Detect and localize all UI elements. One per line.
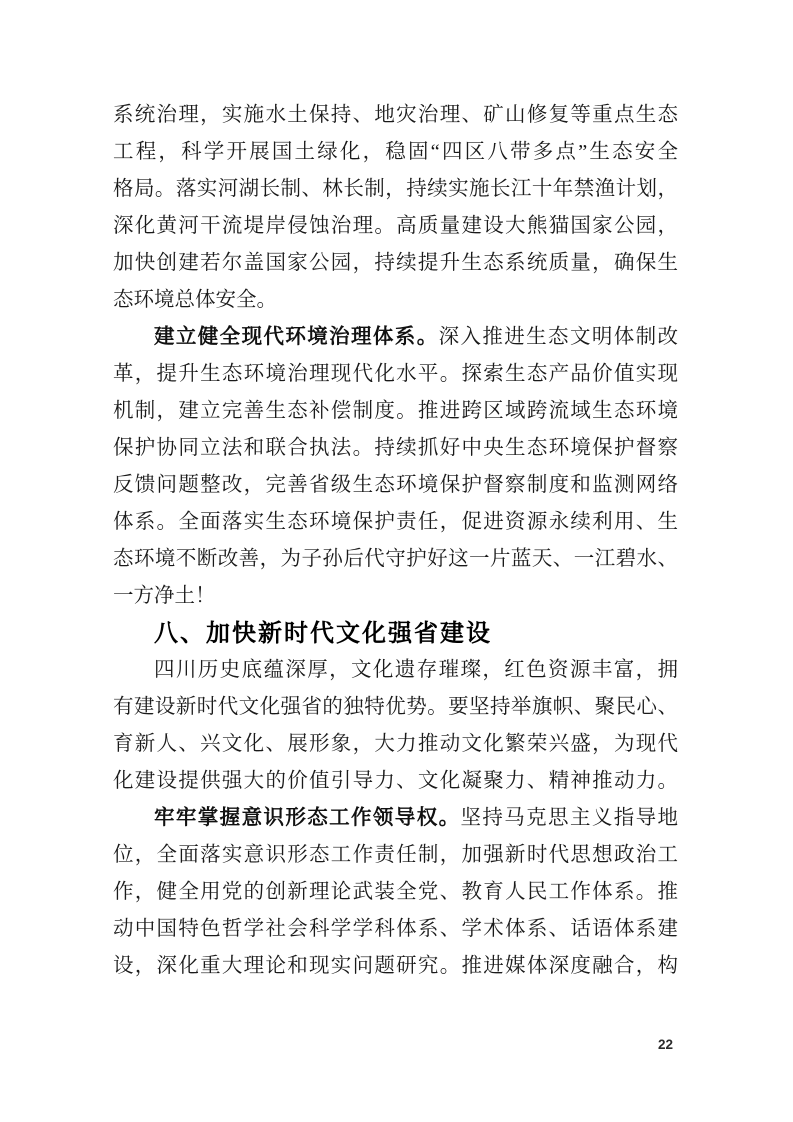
text-line: 深化黄河干流堤岸侵蚀治理。高质量建设大熊猫国家公园，	[113, 208, 678, 245]
body-text: 位，全面落实意识形态工作责任制，加强新时代思想政治工	[113, 844, 678, 866]
text-line: 一方净土！	[113, 578, 678, 615]
text-line: 牢牢掌握意识形态工作领导权。坚持马克思主义指导地	[113, 800, 678, 837]
text-line: 反馈问题整改，完善省级生态环境保护督察制度和监测网络	[113, 467, 678, 504]
body-text: 深化黄河干流堤岸侵蚀治理。高质量建设大熊猫国家公园，	[113, 215, 678, 237]
text-line: 工程，科学开展国土绿化，稳固“四区八带多点”生态安全	[113, 134, 678, 171]
body-text: 机制，建立完善生态补偿制度。推进跨区域跨流域生态环境	[113, 400, 678, 422]
text-line: 态环境总体安全。	[113, 282, 678, 319]
body-text: 化建设提供强大的价值引导力、文化凝聚力、精神推动力。	[113, 770, 678, 792]
bold-lead-text: 建立健全现代环境治理体系。	[154, 326, 439, 348]
page-number: 22	[658, 1036, 673, 1054]
body-text: 体系。全面落实生态环境保护责任，促进资源永续利用、生	[113, 511, 678, 533]
text-line: 有建设新时代文化强省的独特优势。要坚持举旗帜、聚民心、	[113, 689, 678, 726]
body-text: 坚持马克思主义指导地	[460, 807, 678, 829]
body-text: 设，深化重大理论和现实问题研究。推进媒体深度融合，构	[113, 955, 678, 977]
text-line: 态环境不断改善，为子孙后代守护好这一片蓝天、一江碧水、	[113, 541, 678, 578]
body-text: 作，健全用党的创新理论武装全党、教育人民工作体系。推	[113, 881, 678, 903]
body-text: 工程，科学开展国土绿化，稳固“四区八带多点”生态安全	[113, 141, 678, 163]
text-line: 系统治理，实施水土保持、地灾治理、矿山修复等重点生态	[113, 97, 678, 134]
text-line: 育新人、兴文化、展形象，大力推动文化繁荣兴盛，为现代	[113, 726, 678, 763]
text-line: 位，全面落实意识形态工作责任制，加强新时代思想政治工	[113, 837, 678, 874]
body-text: 深入推进生态文明体制改	[439, 326, 678, 348]
text-line: 加快创建若尔盖国家公园，持续提升生态系统质量，确保生	[113, 245, 678, 282]
text-area: 系统治理，实施水土保持、地灾治理、矿山修复等重点生态工程，科学开展国土绿化，稳固…	[113, 97, 678, 985]
heading-text: 八、加快新时代文化强省建设	[154, 620, 492, 647]
text-line: 化建设提供强大的价值引导力、文化凝聚力、精神推动力。	[113, 763, 678, 800]
text-line: 革，提升生态环境治理现代化水平。探索生态产品价值实现	[113, 356, 678, 393]
text-line: 设，深化重大理论和现实问题研究。推进媒体深度融合，构	[113, 948, 678, 985]
document-page: 系统治理，实施水土保持、地灾治理、矿山修复等重点生态工程，科学开展国土绿化，稳固…	[0, 0, 793, 1122]
text-line: 四川历史底蕴深厚，文化遗存璀璨，红色资源丰富，拥	[113, 652, 678, 689]
body-text: 系统治理，实施水土保持、地灾治理、矿山修复等重点生态	[113, 104, 678, 126]
section-heading: 八、加快新时代文化强省建设	[113, 615, 678, 652]
body-text: 加快创建若尔盖国家公园，持续提升生态系统质量，确保生	[113, 252, 678, 274]
body-text: 有建设新时代文化强省的独特优势。要坚持举旗帜、聚民心、	[113, 696, 678, 718]
text-line: 格局。落实河湖长制、林长制，持续实施长江十年禁渔计划，	[113, 171, 678, 208]
text-line: 建立健全现代环境治理体系。深入推进生态文明体制改	[113, 319, 678, 356]
body-text: 一方净土！	[113, 585, 216, 607]
body-text: 革，提升生态环境治理现代化水平。探索生态产品价值实现	[113, 363, 678, 385]
body-text: 态环境总体安全。	[113, 289, 277, 311]
body-text: 态环境不断改善，为子孙后代守护好这一片蓝天、一江碧水、	[113, 548, 678, 570]
body-text: 格局。落实河湖长制、林长制，持续实施长江十年禁渔计划，	[113, 178, 678, 200]
text-line: 机制，建立完善生态补偿制度。推进跨区域跨流域生态环境	[113, 393, 678, 430]
text-line: 作，健全用党的创新理论武装全党、教育人民工作体系。推	[113, 874, 678, 911]
body-text: 育新人、兴文化、展形象，大力推动文化繁荣兴盛，为现代	[113, 733, 678, 755]
body-text: 保护协同立法和联合执法。持续抓好中央生态环境保护督察	[113, 437, 678, 459]
body-text: 反馈问题整改，完善省级生态环境保护督察制度和监测网络	[113, 474, 678, 496]
bold-lead-text: 牢牢掌握意识形态工作领导权。	[154, 807, 460, 829]
body-text: 动中国特色哲学社会科学学科体系、学术体系、话语体系建	[113, 918, 678, 940]
text-line: 保护协同立法和联合执法。持续抓好中央生态环境保护督察	[113, 430, 678, 467]
text-line: 体系。全面落实生态环境保护责任，促进资源永续利用、生	[113, 504, 678, 541]
text-line: 动中国特色哲学社会科学学科体系、学术体系、话语体系建	[113, 911, 678, 948]
body-text: 四川历史底蕴深厚，文化遗存璀璨，红色资源丰富，拥	[154, 659, 678, 681]
